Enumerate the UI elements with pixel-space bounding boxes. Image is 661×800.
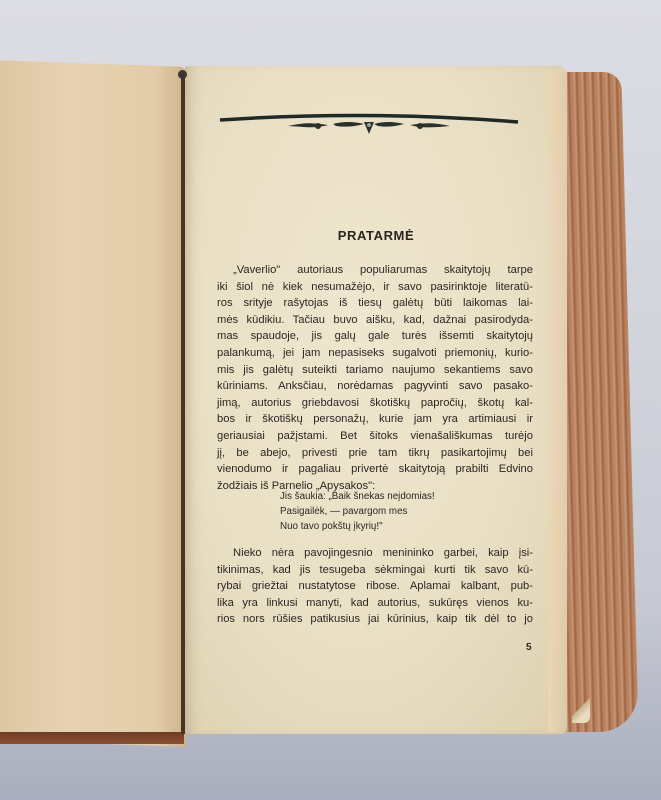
page-edge-highlight: [548, 72, 568, 732]
verse-line: Jis šaukia: „Baik šnekas neįdomias!: [280, 489, 435, 504]
text-line: jį, be abejo, privesti prie tam tikrų pa…: [217, 445, 533, 462]
text-line: rios nors rūšies patikusius jai kūrinius…: [217, 611, 533, 628]
text-line: mės kūdikiu. Tačiau buvo aišku, kad, daž…: [217, 312, 533, 329]
paragraph-1: „Vaverlio" autoriaus populiarumas skaity…: [217, 262, 533, 494]
text-line: iki šiol nė kiek nesumažėjo, ir savo pas…: [217, 279, 533, 296]
chapter-title: PRATARMĖ: [185, 228, 567, 243]
page-number: 5: [526, 642, 532, 653]
text-line: jimą, autorius griebdavosi škotiškų papr…: [217, 395, 533, 412]
text-line: geriausiai pažįstami. Bet šitoks vienaša…: [217, 428, 533, 445]
text-line: lika yra linkusi manyti, kad autorius, s…: [217, 595, 533, 612]
book-spine: [181, 72, 185, 734]
book-photo: PRATARMĖ „Vaverlio" autoriaus populiarum…: [0, 0, 661, 800]
paragraph-2: Nieko nėra pavojingesnio menininko garbe…: [217, 545, 533, 628]
book-cover-edge: [0, 732, 184, 744]
dog-ear-corner: [572, 695, 590, 723]
text-line: Nieko nėra pavojingesnio menininko garbe…: [217, 545, 533, 562]
text-line: mis jis galėtų suteikti tariamo naujumo …: [217, 362, 533, 379]
text-line: palankumą, jei jam nepasiseks sugalvoti …: [217, 345, 533, 362]
spine-headband: [178, 70, 187, 79]
text-line: rybai griežtai nustatytose ribose. Aplam…: [217, 578, 533, 595]
text-line: bos ir škotiškų personažų, kurie jam yra…: [217, 411, 533, 428]
verse-quote: Jis šaukia: „Baik šnekas neįdomias! Pasi…: [280, 489, 435, 534]
verse-line: Pasigailėk, — pavargom mes: [280, 504, 435, 519]
text-line: kūriniams. Anksčiau, norėdamas pagyvinti…: [217, 378, 533, 395]
left-page: [0, 60, 186, 747]
text-line: tikinimas, kad jis tesugeba sėkmingai ku…: [217, 562, 533, 579]
text-line: vienodumo ir pagaliau privertė skaitytoj…: [217, 461, 533, 478]
text-line: ros srityje rašytojas iš tiesų galėtų bū…: [217, 295, 533, 312]
text-line: „Vaverlio" autoriaus populiarumas skaity…: [217, 262, 533, 279]
verse-line: Nuo tavo pokštų įkyrių!": [280, 519, 435, 534]
text-line: mas spaudoje, jis galų gale turės išsemt…: [217, 328, 533, 345]
decorative-ornament-icon: [218, 112, 520, 138]
